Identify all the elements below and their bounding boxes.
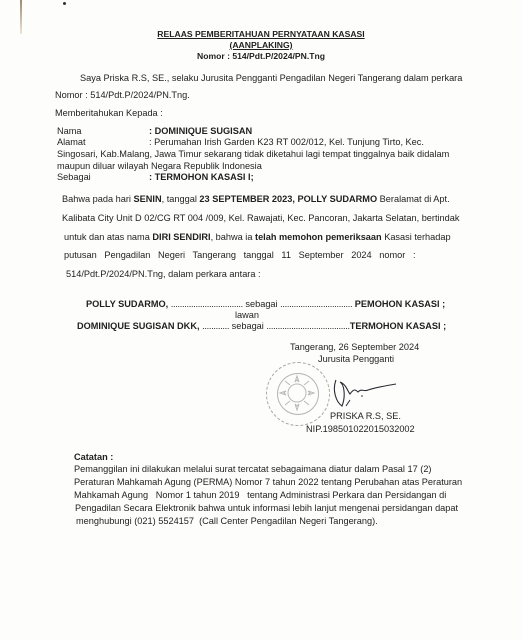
note-line-2: Peraturan Mahkamah Agung (PERMA) Nomor 7… xyxy=(74,476,462,488)
petitioner-row: POLLY SUDARMO, .........................… xyxy=(86,298,445,310)
recipient-role-row: Sebagai: TERMOHON KASASI I; xyxy=(57,171,254,183)
body-line-4: putusan Pengadilan Negeri Tangerang tang… xyxy=(64,249,416,261)
body-line-3: untuk dan atas nama DIRI SENDIRI, bahwa … xyxy=(64,231,451,243)
signature-position: Jurusita Pengganti xyxy=(318,353,394,365)
request-text: telah memohon pemeriksaan xyxy=(255,232,382,242)
address-label: Alamat xyxy=(57,136,149,148)
recipient-address-row: Alamat: Perumahan Irish Garden K23 RT 00… xyxy=(57,136,424,148)
note-line-1: Pemanggilan ini dilakukan melalui surat … xyxy=(74,463,432,475)
leader-dots: ............ xyxy=(202,321,229,331)
document-title: RELAAS PEMBERITAHUAN PERNYATAAN KASASI xyxy=(0,29,522,40)
body-text: untuk dan atas nama xyxy=(64,232,152,242)
body-text: , bahwa ia xyxy=(211,232,255,242)
court-seal-stamp-icon xyxy=(266,362,330,426)
role-value: : TERMOHON KASASI I; xyxy=(149,172,254,182)
document-page: RELAAS PEMBERITAHUAN PERNYATAAN KASASI (… xyxy=(0,0,522,640)
note-line-4: Pengadilan Secara Elektronik bahwa untuk… xyxy=(75,502,458,514)
scan-dot-mark xyxy=(63,2,66,5)
date-petitioner-text: 23 SEPTEMBER 2023, POLLY SUDARMO xyxy=(199,194,377,204)
role-label: Sebagai xyxy=(57,171,149,183)
as-label: sebagai xyxy=(243,299,280,309)
signature-place-date: Tangerang, 26 September 2024 xyxy=(290,341,419,353)
body-line-2: Kalibata City Unit D 02/CG RT 004 /009, … xyxy=(62,212,460,224)
signatory-nip: NIP.198501022015032002 xyxy=(306,423,415,435)
note-line-5: menghubungi (021) 5524157 (Call Center P… xyxy=(76,515,378,527)
body-text: Kasasi terhadap xyxy=(382,232,451,242)
respondent-row: DOMINIQUE SUGISAN DKK, ............ seba… xyxy=(77,320,446,332)
capacity-text: DIRI SENDIRI xyxy=(152,232,210,242)
leader-dots: ................................ xyxy=(280,299,352,309)
respondent-name: DOMINIQUE SUGISAN DKK, xyxy=(77,321,202,331)
seal-emblem-icon xyxy=(266,362,328,424)
petitioner-name: POLLY SUDARMO, xyxy=(86,299,171,309)
intro-line-2: Nomor : 514/Pdt.P/2024/PN.Tng. xyxy=(55,89,190,101)
body-line-5: 514/Pdt.P/2024/PN.Tng, dalam perkara ant… xyxy=(66,268,261,280)
name-value: : DOMINIQUE SUGISAN xyxy=(149,126,252,136)
document-number: Nomor : 514/Pdt.P/2024/PN.Tng xyxy=(0,51,522,62)
petitioner-role: PEMOHON KASASI ; xyxy=(352,299,445,309)
note-line-3: Mahkamah Agung Nomor 1 tahun 2019 tentan… xyxy=(74,489,446,501)
body-text: Bahwa pada hari xyxy=(62,194,134,204)
address-value-line-1: : Perumahan Irish Garden K23 RT 002/012,… xyxy=(149,137,424,147)
leader-dots: ..................................... xyxy=(266,321,349,331)
intro-line-3: Memberitahukan Kepada : xyxy=(55,107,163,119)
day-text: SENIN xyxy=(134,194,162,204)
as-label: sebagai xyxy=(229,321,266,331)
note-heading: Catatan : xyxy=(74,451,113,463)
body-line-1: Bahwa pada hari SENIN, tanggal 23 SEPTEM… xyxy=(62,193,450,205)
handwritten-signature-icon xyxy=(330,376,400,410)
intro-line-1: Saya Priska R.S, SE., selaku Jurusita Pe… xyxy=(80,72,462,84)
body-text: Beralamat di Apt. xyxy=(377,194,450,204)
signatory-name: PRISKA R.S, SE. xyxy=(330,410,401,422)
respondent-role: TERMOHON KASASI ; xyxy=(350,321,446,331)
document-header: RELAAS PEMBERITAHUAN PERNYATAAN KASASI (… xyxy=(0,29,522,62)
body-text: , tanggal xyxy=(162,194,200,204)
document-subtitle: (AANPLAKING) xyxy=(0,40,522,51)
address-value-line-2: Singosari, Kab.Malang, Jawa Timur sekara… xyxy=(57,148,449,160)
leader-dots: ................................ xyxy=(171,299,243,309)
